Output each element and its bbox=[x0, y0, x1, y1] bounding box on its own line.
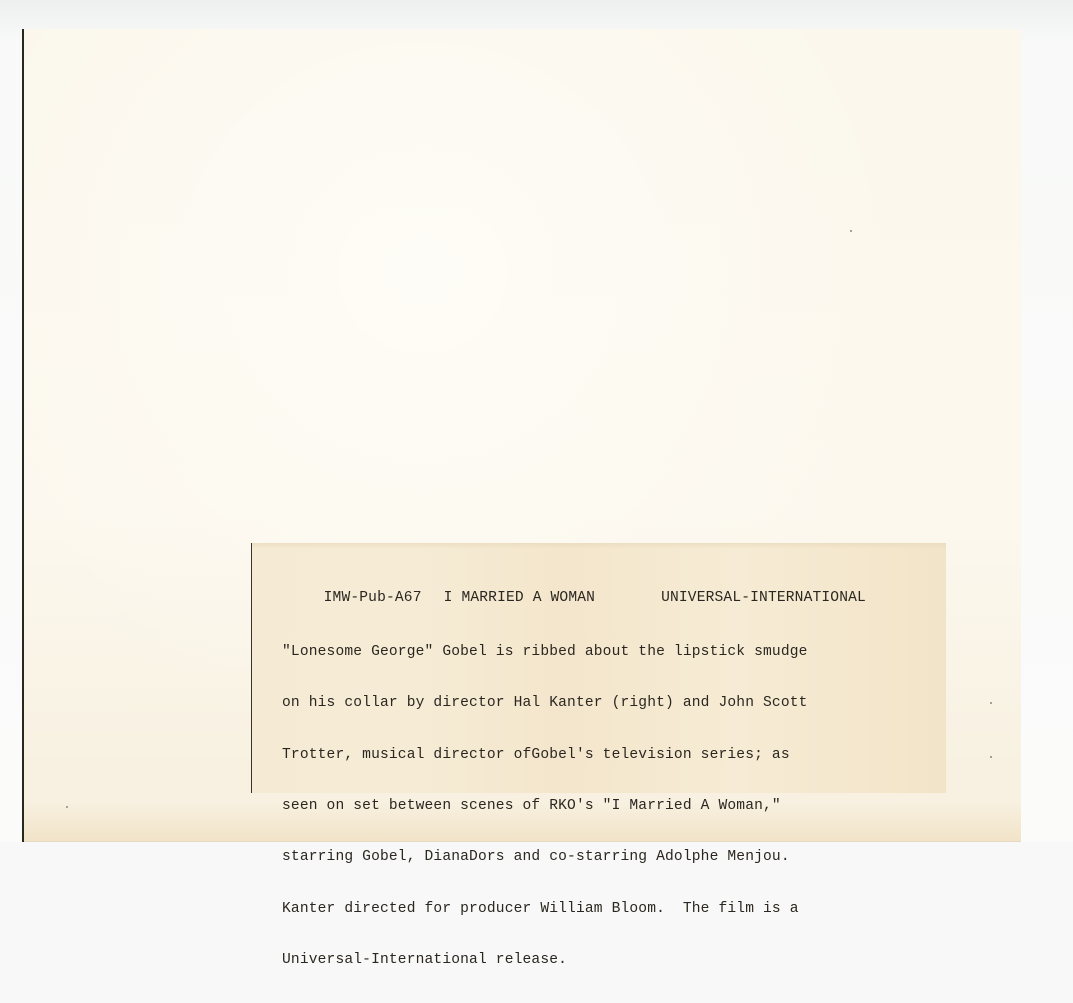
paper-speck bbox=[850, 230, 852, 232]
paper-speck bbox=[990, 702, 992, 704]
caption-line: seen on set between scenes of RKO's "I M… bbox=[282, 798, 808, 815]
studio-name: UNIVERSAL-INTERNATIONAL bbox=[661, 590, 866, 606]
caption-line: Trotter, musical director ofGobel's tele… bbox=[282, 747, 808, 764]
caption-body: "Lonesome George" Gobel is ribbed about … bbox=[282, 610, 808, 842]
paper-speck bbox=[66, 806, 68, 808]
caption-line: on his collar by director Hal Kanter (ri… bbox=[282, 695, 808, 712]
paper-speck bbox=[990, 756, 992, 758]
caption-line: "Lonesome George" Gobel is ribbed about … bbox=[282, 644, 808, 661]
caption-slip: IMW-Pub-A67I MARRIED A WOMANUNIVERSAL-IN… bbox=[251, 543, 946, 793]
publicity-code: IMW-Pub-A67 bbox=[324, 590, 422, 606]
film-title: I MARRIED A WOMAN bbox=[444, 590, 595, 606]
